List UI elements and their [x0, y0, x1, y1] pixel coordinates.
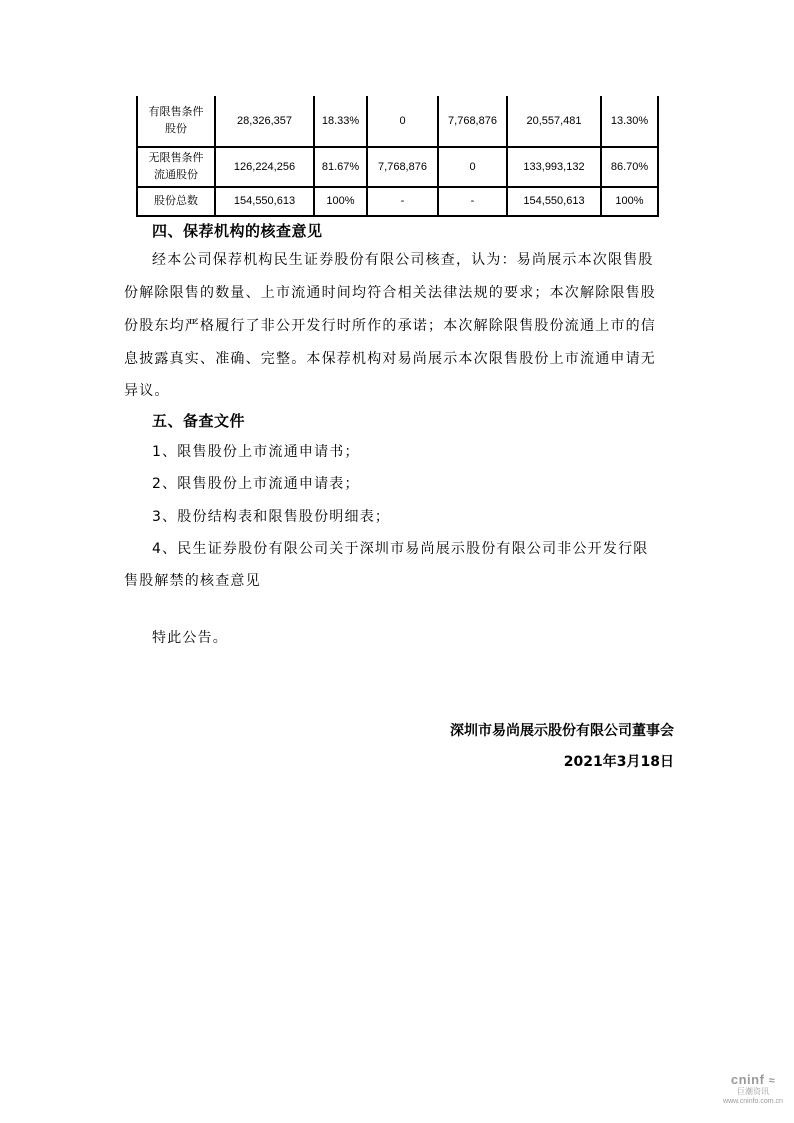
- increase: 0: [367, 96, 438, 147]
- reference-item: 3、股份结构表和限售股份明细表；: [152, 506, 390, 526]
- row-label: 无限售条件流通股份: [137, 147, 215, 187]
- before-pct: 81.67%: [314, 147, 367, 187]
- section4-line: 息披露真实、准确、完整。本保荐机构对易尚展示本次限售股份上市流通申请无: [124, 348, 656, 368]
- section4-line: 异议。: [124, 380, 170, 400]
- section4-line: 经本公司保荐机构民生证券股份有限公司核查，认为：易尚展示本次限售股: [152, 249, 654, 269]
- increase: 7,768,876: [367, 147, 438, 187]
- before-qty: 126,224,256: [215, 147, 314, 187]
- section4-line: 份解除限售的数量、上市流通时间均符合相关法律法规的要求；本次解除限售股: [124, 282, 656, 302]
- before-pct: 18.33%: [314, 96, 367, 147]
- reference-item: 4、民生证券股份有限公司关于深圳市易尚展示股份有限公司非公开发行限: [152, 538, 649, 558]
- cninfo-logo-icon: cninf ≈: [718, 1072, 788, 1087]
- section5-heading: 五、备查文件: [152, 410, 245, 431]
- watermark-cn-name: 巨潮资讯: [718, 1087, 788, 1097]
- row-label: 有限售条件股份: [137, 96, 215, 147]
- increase: -: [367, 187, 438, 216]
- share-structure-table: 有限售条件股份 28,326,357 18.33% 0 7,768,876 20…: [136, 96, 659, 217]
- reference-item-continuation: 售股解禁的核查意见: [124, 570, 261, 590]
- table-row: 无限售条件流通股份 126,224,256 81.67% 7,768,876 0…: [137, 147, 658, 187]
- table-row: 股份总数 154,550,613 100% - - 154,550,613 10…: [137, 187, 658, 216]
- decrease: -: [438, 187, 507, 216]
- before-pct: 100%: [314, 187, 367, 216]
- closing-text: 特此公告。: [152, 627, 228, 647]
- watermark-url: www.cninfo.com.cn: [718, 1097, 788, 1106]
- section4-heading: 四、保荐机构的核查意见: [152, 220, 323, 241]
- after-pct: 86.70%: [601, 147, 658, 187]
- after-qty: 154,550,613: [507, 187, 601, 216]
- reference-item: 1、限售股份上市流通申请书；: [152, 441, 360, 461]
- signature-date: 2021年3月18日: [564, 751, 674, 771]
- after-qty: 20,557,481: [507, 96, 601, 147]
- after-qty: 133,993,132: [507, 147, 601, 187]
- before-qty: 28,326,357: [215, 96, 314, 147]
- after-pct: 100%: [601, 187, 658, 216]
- after-pct: 13.30%: [601, 96, 658, 147]
- reference-item: 2、限售股份上市流通申请表；: [152, 473, 360, 493]
- signature-company: 深圳市易尚展示股份有限公司董事会: [450, 720, 674, 740]
- row-label: 股份总数: [137, 187, 215, 216]
- section4-line: 份股东均严格履行了非公开发行时所作的承诺；本次解除限售股份流通上市的信: [124, 315, 656, 335]
- decrease: 7,768,876: [438, 96, 507, 147]
- before-qty: 154,550,613: [215, 187, 314, 216]
- table-row: 有限售条件股份 28,326,357 18.33% 0 7,768,876 20…: [137, 96, 658, 147]
- cninfo-watermark: cninf ≈ 巨潮资讯 www.cninfo.com.cn: [718, 1072, 788, 1117]
- decrease: 0: [438, 147, 507, 187]
